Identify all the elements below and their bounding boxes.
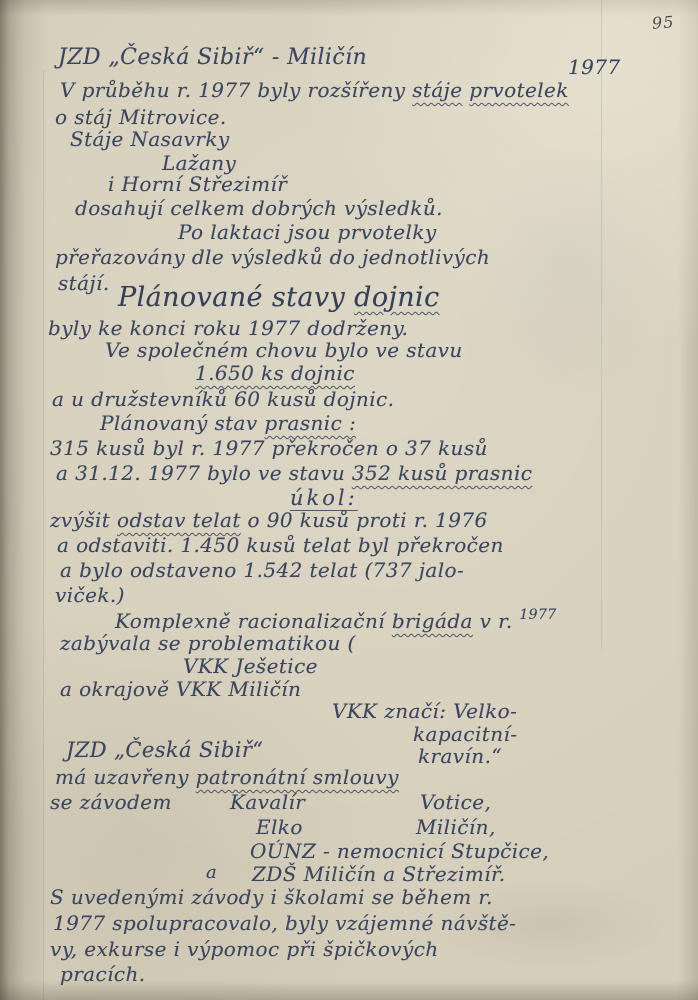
underlined-text: stáje [412, 78, 462, 102]
superscript-year: 1977 [519, 607, 556, 623]
text-run: Ve společném chovu bylo ve stavu [105, 338, 463, 362]
underlined-text: brigáda [392, 609, 473, 633]
line-po-laktaci: Po laktaci jsou prvotelky [178, 221, 437, 244]
line-352-prasnic: a 31.12. 1977 bylo ve stavu 352 kusů pra… [56, 462, 532, 485]
text-run: zabývala se problematikou ( [60, 631, 356, 655]
underlined-text: 1.650 ks dojnic [195, 361, 355, 385]
text-run: byly ke konci roku 1977 dodrženy. [48, 316, 408, 340]
ruled-margin-line-right [601, 0, 602, 650]
line-315-kusu: 315 kusů byl r. 1977 překročen o 37 kusů [50, 437, 488, 460]
line-problematika: zabývala se problematikou ( [60, 632, 356, 655]
text-run: OÚNZ - nemocnicí Stupčice, [250, 839, 549, 863]
line-dodrzeny: byly ke konci roku 1977 dodrženy. [48, 317, 408, 340]
line-jzd-header: JZD „Česká Sibiř“ - Miličín [58, 45, 367, 70]
text-run: a 31.12. 1977 bylo ve stavu [56, 461, 345, 485]
text-run: Stáje Nasavrky [70, 127, 230, 151]
line-patronatni-smlouvy: má uzavřeny patronátní smlouvy [55, 766, 399, 789]
text-run: pracích. [60, 962, 146, 986]
text-run: vy, exkurse i výpomoc při špičkových [50, 937, 439, 961]
text-run: V průběhu r. 1977 byly rozšířeny [60, 78, 405, 102]
text-run: 1977 spolupracovalo, byly vzájemné návšt… [53, 911, 516, 935]
year-annotation: 1977 [568, 56, 621, 79]
text-run: VKK Ješetice [183, 654, 318, 678]
underlined-text: dojnic [354, 282, 439, 313]
line-kapacitni: kapacitní- [413, 723, 517, 746]
text-run: Elko [256, 816, 303, 839]
underlined-text: úkol: [290, 486, 358, 510]
underlined-text: prasnic : [264, 411, 356, 435]
text-run: dosahují celkem dobrých výsledků. [75, 196, 443, 220]
text-run: JZD „Česká Sibiř“ [66, 738, 263, 762]
text-run: kapacitní- [413, 722, 517, 746]
line-staji: stájí. [58, 272, 110, 295]
page-number: 95 [651, 12, 675, 33]
line-vkk-milicin: a okrajově VKK Miličín [60, 678, 301, 701]
line-ounz-stupcice: OÚNZ - nemocnicí Stupčice, [250, 840, 549, 863]
line-vkk-znaci: VKK značí: Velko- [332, 700, 517, 723]
line-strezimir: i Horní Střezimíř [108, 173, 287, 196]
text-run: VKK značí: Velko- [332, 699, 517, 723]
text-run: viček.) [55, 583, 125, 607]
text-run: ZDŠ Miličín a Střezimíř. [252, 863, 506, 886]
text-run: Votice, [420, 791, 491, 814]
line-spoluprace-1: S uvedenými závody i školami se během r. [50, 886, 493, 909]
text-run: a bylo odstaveno 1.542 telat (737 jalo- [60, 558, 464, 582]
line-druzstevnici: a u družstevníků 60 kusů dojnic. [52, 388, 394, 411]
line-brigada: Komplexně racionalizační brigáda v r. 19… [115, 607, 557, 633]
text-run: stájí. [58, 271, 110, 295]
underlined-text: odstav telat [117, 508, 241, 532]
line-odstaveno-1542: a bylo odstaveno 1.542 telat (737 jalo- [60, 559, 464, 582]
heading-planovane-stavy: Plánované stavy dojnic [118, 282, 440, 313]
text-run: i Horní Střezimíř [108, 172, 287, 196]
line-vkk-jesetice: VKK Ješetice [183, 655, 318, 678]
line-1650-dojnic: 1.650 ks dojnic [195, 362, 355, 385]
text-run: S uvedenými závody i školami se během r. [50, 885, 493, 909]
text-run: se závodem [50, 791, 172, 814]
text-run: 315 kusů byl r. 1977 překročen o 37 kusů [50, 436, 488, 460]
line-stables-expanded: V průběhu r. 1977 byly rozšířeny stáje p… [60, 79, 569, 102]
text-run: Kavalír [230, 791, 305, 814]
text-run: zvýšit [50, 508, 110, 532]
text-run: kravín.“ [418, 744, 502, 768]
text-run: má uzavřeny [55, 765, 189, 789]
text-run: 1977 [568, 55, 621, 79]
underlined-text: 352 kusů prasnic [352, 461, 532, 485]
bleed-through-stain [470, 140, 670, 400]
text-run: JZD „Česká Sibiř“ - Miličín [58, 45, 367, 70]
line-stav-prasnic: Plánovaný stav prasnic : [100, 412, 356, 435]
text-run: Komplexně racionalizační [115, 609, 385, 633]
line-ukol: úkol: [290, 486, 358, 510]
underlined-text: patronátní smlouvy [196, 765, 399, 789]
line-spoluprace-2: 1977 spolupracovalo, byly vzájemné návšt… [53, 912, 516, 935]
text-run: Po laktaci jsou prvotelky [178, 220, 437, 244]
line-mitrovice: o stáj Mitrovice. [55, 106, 227, 129]
text-run: a [206, 863, 217, 884]
text-run: a okrajově VKK Miličín [60, 677, 301, 701]
text-run: o stáj Mitrovice. [55, 105, 227, 129]
text-run: Plánované stavy [118, 282, 345, 313]
text-run: Miličín, [416, 816, 496, 839]
underlined-text: prvotelek [469, 78, 569, 102]
line-odstav-telat: zvýšit odstav telat o 90 kusů proti r. 1… [50, 509, 488, 532]
text-run: o 90 kusů proti r. 1976 [248, 508, 488, 532]
line-vicek: viček.) [55, 584, 125, 607]
line-spolecny-chov: Ve společném chovu bylo ve stavu [105, 339, 463, 362]
line-spoluprace-3: vy, exkurse i výpomoc při špičkových [50, 938, 439, 961]
line-1450-telat: a odstaviti. 1.450 kusů telat byl překro… [57, 534, 504, 557]
line-nasavrky: Stáje Nasavrky [70, 128, 230, 151]
scanned-page: 95 JZD „Česká Sibiř“ - Miličín 1977 V pr… [0, 0, 698, 1000]
line-prerazovany: přeřazovány dle výsledků do jednotlivých [55, 246, 490, 269]
text-run: Plánovaný stav [100, 411, 258, 435]
line-jzd-sibir: JZD „Česká Sibiř“ [66, 738, 263, 762]
text-run: v r. [480, 609, 513, 633]
text-run: a u družstevníků 60 kusů dojnic. [52, 387, 394, 411]
line-kravin: kravín.“ [418, 745, 502, 768]
fold-crease-line [43, 70, 44, 1000]
text-run: přeřazovány dle výsledků do jednotlivých [55, 245, 490, 269]
line-spoluprace-4: pracích. [60, 963, 146, 986]
line-good-results: dosahují celkem dobrých výsledků. [75, 197, 443, 220]
text-run: a odstaviti. 1.450 kusů telat byl překro… [57, 533, 504, 557]
